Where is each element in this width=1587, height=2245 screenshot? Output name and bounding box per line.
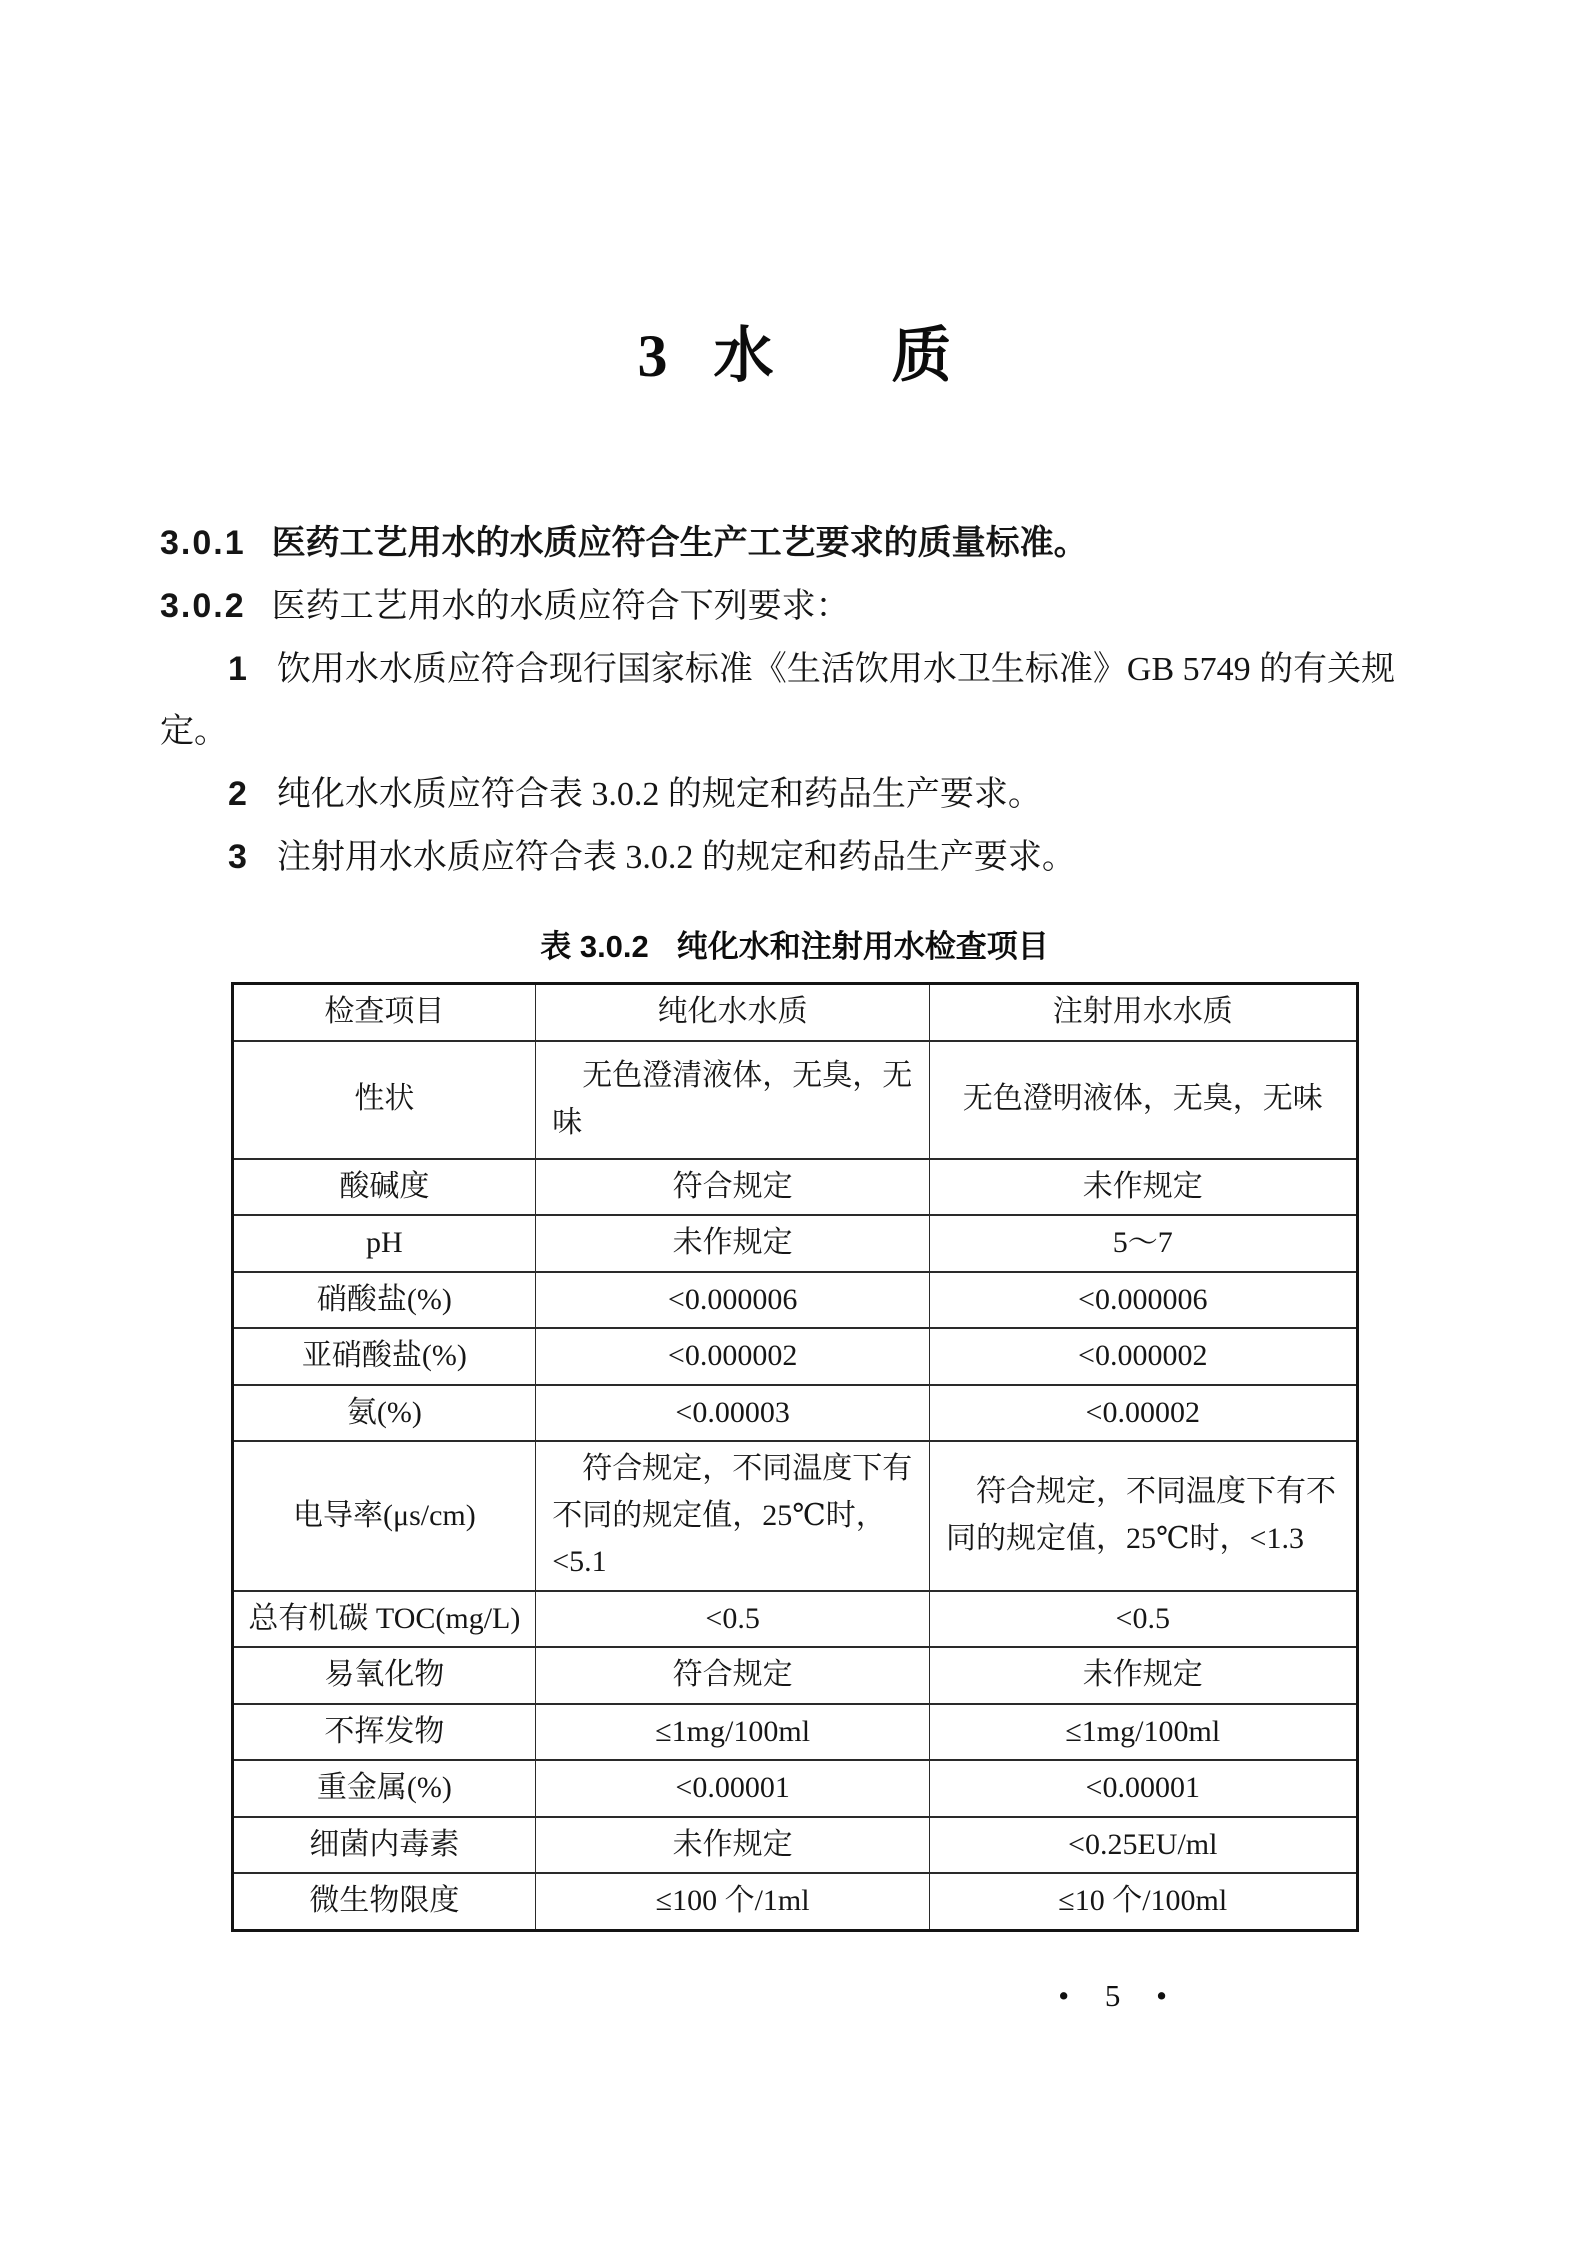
table-row: pH 未作规定 5～7 — [232, 1215, 1357, 1272]
clause-3-0-1: 3.0.1医药工艺用水的水质应符合生产工艺要求的质量标准。 — [160, 512, 1429, 575]
table-cell-item: 总有机碳 TOC(mg/L) — [232, 1591, 536, 1648]
table-cell-item: pH — [232, 1215, 536, 1272]
table-cell-item: 易氧化物 — [232, 1647, 536, 1704]
table-row: 氨(%) <0.00003 <0.00002 — [232, 1385, 1357, 1442]
table-cell-injection: 5～7 — [930, 1215, 1358, 1272]
table-cell-purified: <0.000002 — [536, 1328, 930, 1385]
table-cell-item: 酸碱度 — [232, 1159, 536, 1216]
table-row: 重金属(%) <0.00001 <0.00001 — [232, 1760, 1357, 1817]
table-row: 亚硝酸盐(%) <0.000002 <0.000002 — [232, 1328, 1357, 1385]
table-cell-item: 硝酸盐(%) — [232, 1272, 536, 1329]
column-header-injection: 注射用水水质 — [930, 984, 1358, 1041]
table-cell-purified: 符合规定 — [536, 1159, 930, 1216]
table-cell-purified: <0.00003 — [536, 1385, 930, 1442]
table-cell-purified: 未作规定 — [536, 1817, 930, 1874]
table-caption: 表 3.0.2纯化水和注射用水检查项目 — [160, 921, 1429, 966]
page-number: • 5 • — [160, 1978, 1429, 2014]
table-cell-purified: 符合规定 — [536, 1647, 930, 1704]
table-caption-title: 纯化水和注射用水检查项目 — [677, 929, 1049, 964]
table-cell-purified: ≤1mg/100ml — [536, 1704, 930, 1761]
table-cell-purified: <0.000006 — [536, 1272, 930, 1329]
item-text: 注射用水水质应符合表 3.0.2 的规定和药品生产要求。 — [277, 839, 1076, 876]
table-cell-injection: 无色澄明液体，无臭，无味 — [930, 1041, 1358, 1159]
table-cell-item: 亚硝酸盐(%) — [232, 1328, 536, 1385]
table-cell-item: 性状 — [232, 1041, 536, 1159]
table-cell-item: 细菌内毒素 — [232, 1817, 536, 1874]
clause-item-3: 3注射用水水质应符合表 3.0.2 的规定和药品生产要求。 — [160, 826, 1429, 889]
table-cell-purified: 符合规定，不同温度下有不同的规定值，25℃时，<5.1 — [536, 1441, 930, 1591]
table-cell-injection: 未作规定 — [930, 1647, 1358, 1704]
table-cell-item: 电导率(μs/cm) — [232, 1441, 536, 1591]
clause-3-0-2: 3.0.2医药工艺用水的水质应符合下列要求： — [160, 575, 1429, 638]
table-row: 性状 无色澄清液体，无臭，无味 无色澄明液体，无臭，无味 — [232, 1041, 1357, 1159]
item-number: 1 — [228, 650, 247, 688]
table-row: 微生物限度 ≤100 个/1ml ≤10 个/100ml — [232, 1873, 1357, 1930]
table-cell-purified: ≤100 个/1ml — [536, 1873, 930, 1930]
water-quality-table: 检查项目 纯化水水质 注射用水水质 性状 无色澄清液体，无臭，无味 无色澄明液体… — [231, 982, 1359, 1932]
table-cell-purified: <0.5 — [536, 1591, 930, 1648]
table-cell-injection: 符合规定，不同温度下有不同的规定值，25℃时，<1.3 — [930, 1441, 1358, 1591]
clause-item-1: 1饮用水水质应符合现行国家标准《生活饮用水卫生标准》GB 5749 的有关规定。 — [160, 638, 1429, 763]
chapter-title-char-2: 质 — [892, 308, 952, 394]
chapter-number: 3 — [638, 322, 668, 391]
table-cell-purified: <0.00001 — [536, 1760, 930, 1817]
table-cell-injection: <0.000006 — [930, 1272, 1358, 1329]
clause-number: 3.0.1 — [160, 524, 246, 562]
table-cell-purified: 未作规定 — [536, 1215, 930, 1272]
table-header-row: 检查项目 纯化水水质 注射用水水质 — [232, 984, 1357, 1041]
table-cell-injection: <0.5 — [930, 1591, 1358, 1648]
table-caption-number: 表 3.0.2 — [540, 929, 649, 964]
column-header-item: 检查项目 — [232, 984, 536, 1041]
table-row: 总有机碳 TOC(mg/L) <0.5 <0.5 — [232, 1591, 1357, 1648]
table-cell-purified: 无色澄清液体，无臭，无味 — [536, 1041, 930, 1159]
column-header-purified: 纯化水水质 — [536, 984, 930, 1041]
table-row: 酸碱度 符合规定 未作规定 — [232, 1159, 1357, 1216]
chapter-title-char-1: 水 — [714, 308, 774, 394]
clause-item-2: 2纯化水水质应符合表 3.0.2 的规定和药品生产要求。 — [160, 763, 1429, 826]
table-cell-item: 不挥发物 — [232, 1704, 536, 1761]
chapter-title: 3 水 质 — [160, 308, 1429, 394]
document-page: 3 水 质 3.0.1医药工艺用水的水质应符合生产工艺要求的质量标准。 3.0.… — [0, 0, 1587, 2245]
clause-text: 医药工艺用水的水质应符合下列要求： — [272, 588, 850, 625]
clause-text: 医药工艺用水的水质应符合生产工艺要求的质量标准。 — [272, 524, 1088, 562]
table-cell-injection: <0.00002 — [930, 1385, 1358, 1442]
table-cell-item: 氨(%) — [232, 1385, 536, 1442]
table-row: 电导率(μs/cm) 符合规定，不同温度下有不同的规定值，25℃时，<5.1 符… — [232, 1441, 1357, 1591]
clause-number: 3.0.2 — [160, 587, 246, 625]
item-number: 2 — [228, 775, 247, 813]
table-cell-injection: ≤10 个/100ml — [930, 1873, 1358, 1930]
item-text: 纯化水水质应符合表 3.0.2 的规定和药品生产要求。 — [277, 776, 1042, 813]
table-row: 不挥发物 ≤1mg/100ml ≤1mg/100ml — [232, 1704, 1357, 1761]
item-text: 饮用水水质应符合现行国家标准《生活饮用水卫生标准》GB 5749 的有关规定。 — [160, 651, 1395, 750]
table-cell-injection: 未作规定 — [930, 1159, 1358, 1216]
table-cell-injection: ≤1mg/100ml — [930, 1704, 1358, 1761]
table-row: 硝酸盐(%) <0.000006 <0.000006 — [232, 1272, 1357, 1329]
table-cell-injection: <0.000002 — [930, 1328, 1358, 1385]
clause-block: 3.0.1医药工艺用水的水质应符合生产工艺要求的质量标准。 3.0.2医药工艺用… — [160, 512, 1429, 889]
item-number: 3 — [228, 838, 247, 876]
table-cell-injection: <0.00001 — [930, 1760, 1358, 1817]
table-cell-item: 重金属(%) — [232, 1760, 536, 1817]
table-cell-injection: <0.25EU/ml — [930, 1817, 1358, 1874]
table-row: 细菌内毒素 未作规定 <0.25EU/ml — [232, 1817, 1357, 1874]
table-row: 易氧化物 符合规定 未作规定 — [232, 1647, 1357, 1704]
table-cell-item: 微生物限度 — [232, 1873, 536, 1930]
